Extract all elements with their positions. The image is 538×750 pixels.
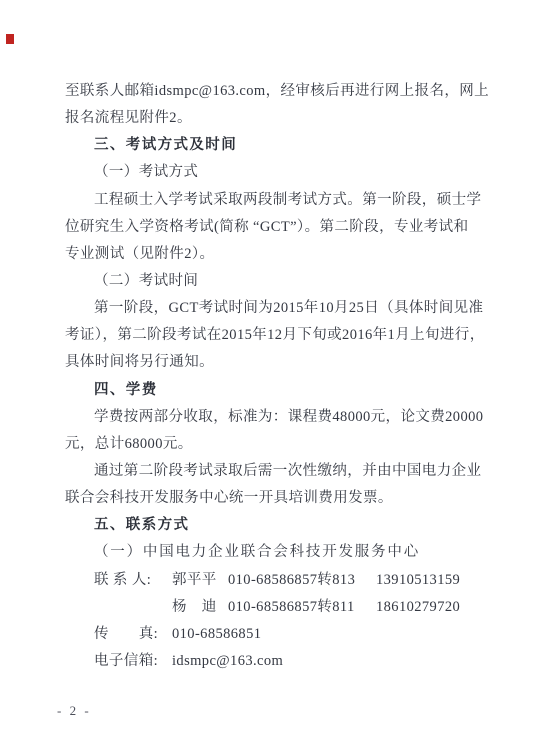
document-page: 至联系人邮箱idsmpc@163.com，经审核后再进行网上报名，网上 报名流程… [0, 0, 538, 750]
page-number: - 2 - [57, 701, 91, 721]
fax-number: 010-68586851 [172, 621, 261, 648]
fax-row: 传 真: 010-68586851 [65, 621, 495, 648]
contact-mobile: 13910513159 [376, 567, 460, 594]
para-exam-method-2: 位研究生入学资格考试(简称 “GCT”）。第二阶段，专业考试和 [65, 214, 495, 241]
document-body: 至联系人邮箱idsmpc@163.com，经审核后再进行网上报名，网上 报名流程… [65, 78, 495, 675]
email-row: 电子信箱: idsmpc@163.com [65, 648, 495, 675]
subheading-exam-time: （二）考试时间 [65, 268, 495, 295]
para-exam-time-2: 考证），第二阶段考试在2015年12月下旬或2016年1月上旬进行， [65, 322, 495, 349]
para-exam-method-1: 工程硕士入学考试采取两段制考试方式。第一阶段，硕士学 [65, 187, 495, 214]
heading-exam-method-and-time: 三、考试方式及时间 [65, 132, 495, 159]
contact-name: 郭平平 [172, 567, 228, 594]
para-exam-method-3: 专业测试（见附件2）。 [65, 241, 495, 268]
fax-label: 传 真: [94, 621, 172, 648]
para-payment-2: 联合会科技开发服务中心统一开具培训费用发票。 [65, 485, 495, 512]
contact-mobile: 18610279720 [376, 594, 460, 621]
heading-tuition: 四、学费 [65, 377, 495, 404]
email-address: idsmpc@163.com [172, 648, 283, 675]
contact-person-label-empty [94, 594, 172, 621]
para-exam-time-3: 具体时间将另行通知。 [65, 349, 495, 376]
contact-phone: 010-68586857转811 [228, 594, 376, 621]
para-exam-time-1: 第一阶段，GCT考试时间为2015年10月25日（具体时间见准 [65, 295, 495, 322]
contact-person-row-2: 杨 迪 010-68586857转811 18610279720 [65, 594, 495, 621]
para-tuition-1: 学费按两部分收取，标准为：课程费48000元，论文费20000 [65, 404, 495, 431]
para-registration-continued-1: 至联系人邮箱idsmpc@163.com，经审核后再进行网上报名，网上 [65, 78, 495, 105]
contact-person-label: 联 系 人: [94, 567, 172, 594]
red-marker [6, 34, 14, 44]
contact-name: 杨 迪 [172, 594, 228, 621]
subheading-contact-org: （一）中国电力企业联合会科技开发服务中心 [65, 539, 495, 566]
email-label: 电子信箱: [94, 648, 172, 675]
para-payment-1: 通过第二阶段考试录取后需一次性缴纳，并由中国电力企业 [65, 458, 495, 485]
contact-person-row-1: 联 系 人: 郭平平 010-68586857转813 13910513159 [65, 567, 495, 594]
heading-contact-info: 五、联系方式 [65, 512, 495, 539]
subheading-exam-method: （一）考试方式 [65, 159, 495, 186]
para-registration-continued-2: 报名流程见附件2。 [65, 105, 495, 132]
contact-phone: 010-68586857转813 [228, 567, 376, 594]
para-tuition-2: 元，总计68000元。 [65, 431, 495, 458]
